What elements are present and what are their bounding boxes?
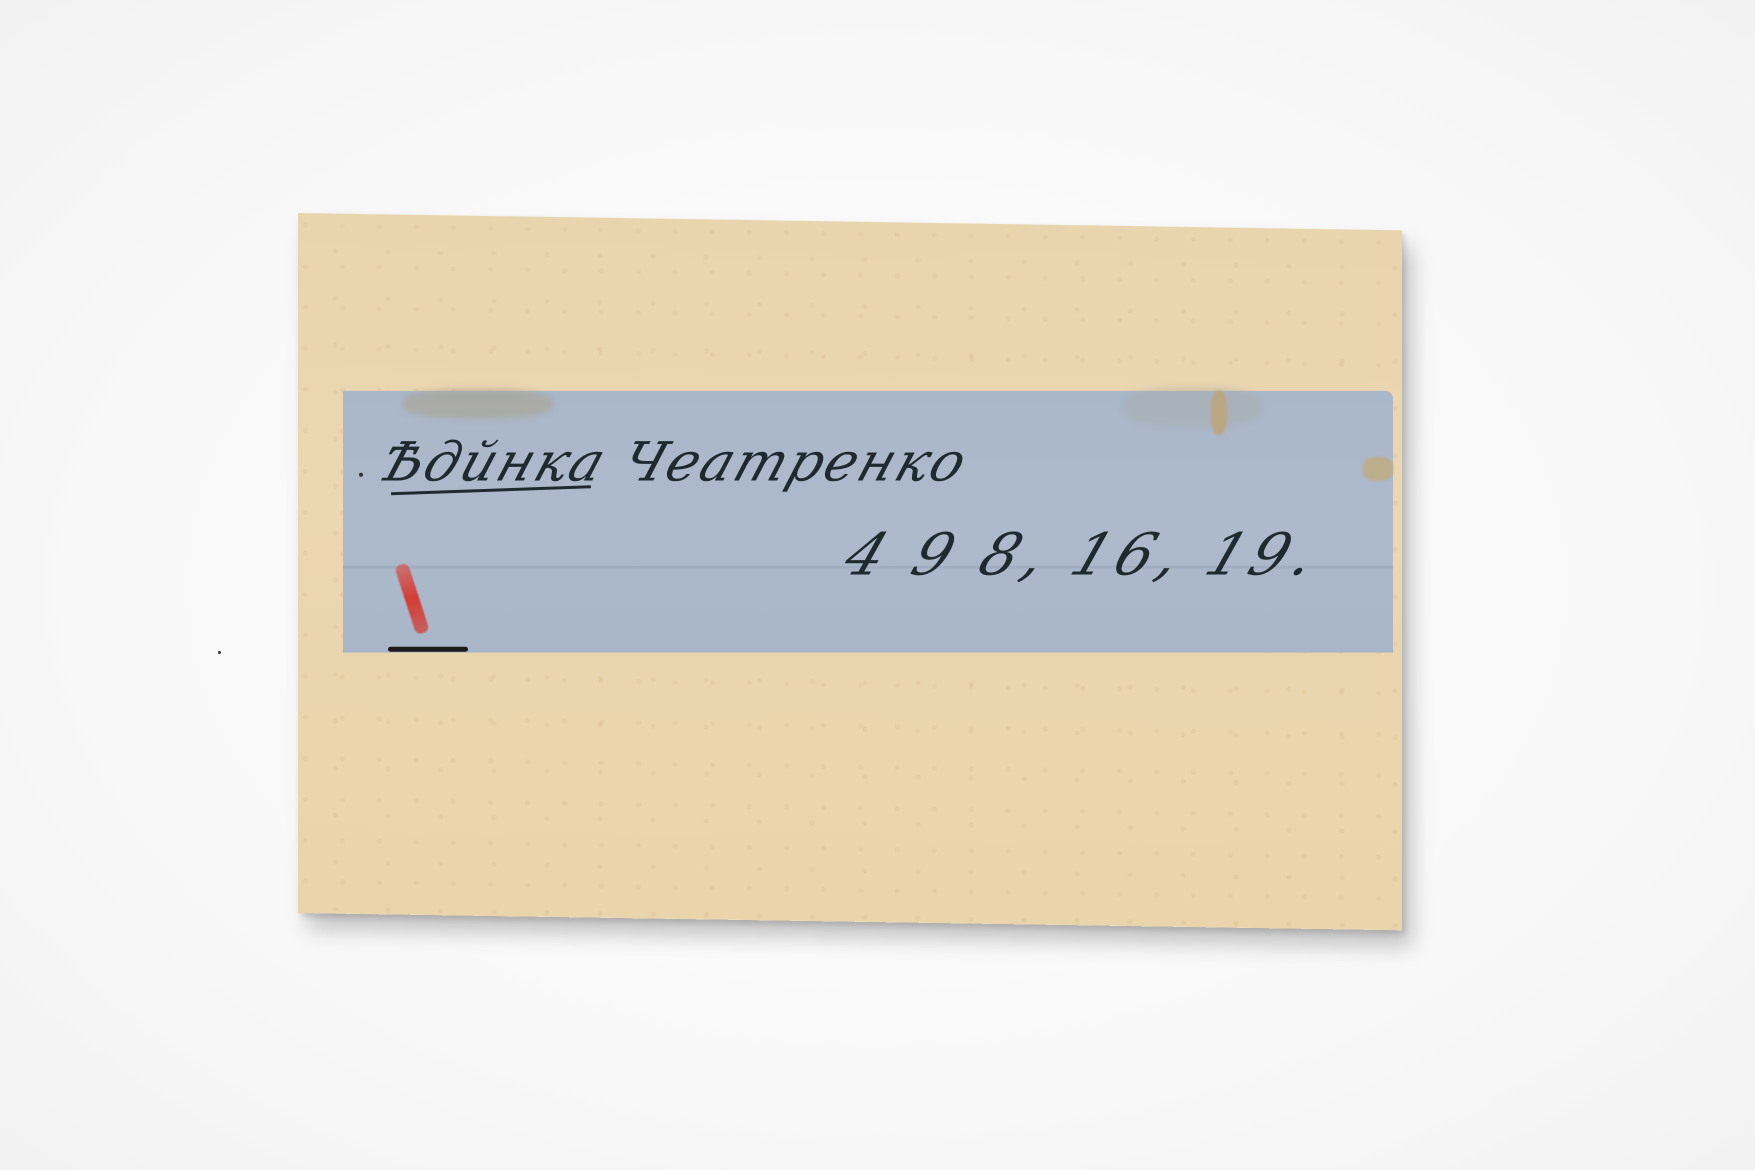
stain-mark <box>1123 387 1263 427</box>
dark-edge-mark <box>388 647 468 652</box>
handwritten-line-1: Ѣдйнка Чеатренко <box>373 431 977 494</box>
red-pencil-mark <box>394 562 430 635</box>
tape-residue <box>1211 391 1227 435</box>
handwritten-slip: Ѣдйнка Чеатренко 4 9 8, 16, 19. <box>343 391 1393 653</box>
tape-residue <box>1363 457 1393 481</box>
ink-dot <box>359 473 363 477</box>
mounting-card: Ѣдйнка Чеатренко 4 9 8, 16, 19. <box>298 213 1402 930</box>
speck <box>218 651 221 654</box>
stain-mark <box>403 389 553 419</box>
handwritten-line-2: 4 9 8, 16, 19. <box>836 521 1332 589</box>
